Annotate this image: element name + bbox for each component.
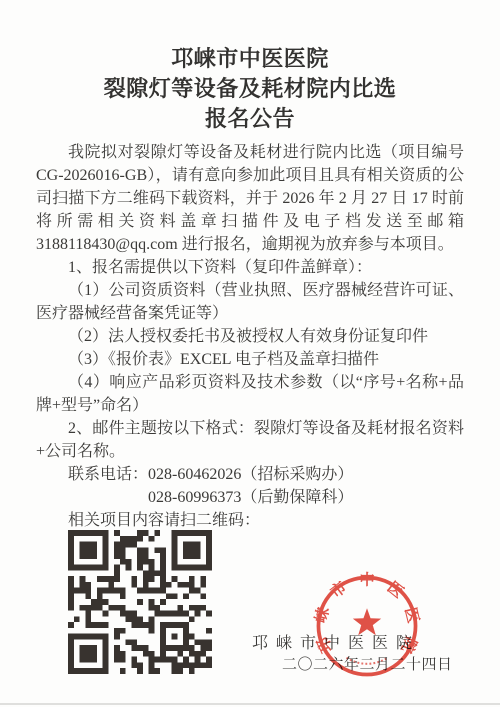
- requirement-item-4: （4）响应产品彩页资料及技术参数（以“序号+名称+品牌+型号”命名）: [36, 371, 464, 417]
- notice-body: 我院拟对裂隙灯等设备及耗材进行院内比选（项目编号CG-2026016-GB），请…: [36, 141, 464, 707]
- contact-line-2: 028-60996373（后勤保障科）: [36, 486, 464, 509]
- notice-content: 邛崃市中医医院 裂隙灯等设备及耗材院内比选 报名公告 我院拟对裂隙灯等设备及耗材…: [0, 0, 500, 707]
- official-seal-icon: 邛崃市中医医院: [311, 570, 423, 682]
- title-line-project: 裂隙灯等设备及耗材院内比选: [36, 74, 464, 104]
- title-line-announcement: 报名公告: [36, 104, 464, 134]
- qr-code-icon: [68, 530, 212, 674]
- seal-star-icon: [353, 608, 381, 635]
- contact-line-1: 联系电话：028-60462026（招标采购办）: [36, 463, 464, 486]
- bottom-section: 邛崃市中医医院 二〇二六年二月二十四日 邛崃市中医医院: [36, 532, 464, 707]
- email-subject-rule: 2、邮件主题按以下格式：裂隙灯等设备及耗材报名资料+公司名称。: [36, 417, 464, 463]
- scanned-notice-page: 邛崃市中医医院 裂隙灯等设备及耗材院内比选 报名公告 我院拟对裂隙灯等设备及耗材…: [0, 0, 500, 707]
- title-line-hospital: 邛崃市中医医院: [36, 44, 464, 74]
- requirement-item-2: （2）法人授权委托书及被授权人有效身份证复印件: [36, 325, 464, 348]
- requirement-item-3: （3）《报价表》EXCEL 电子档及盖章扫描件: [36, 348, 464, 371]
- seal-serial-marks: [346, 658, 387, 664]
- intro-paragraph: 我院拟对裂隙灯等设备及耗材进行院内比选（项目编号CG-2026016-GB），请…: [36, 141, 464, 256]
- notice-title: 邛崃市中医医院 裂隙灯等设备及耗材院内比选 报名公告: [36, 44, 464, 134]
- requirement-heading: 1、报名需提供以下资料（复印件盖鲜章）：: [36, 256, 464, 279]
- scan-edge-line: [0, 703, 500, 705]
- requirement-item-1: （1）公司资质资料（营业执照、医疗器械经营许可证、医疗器械经营备案凭证等）: [36, 279, 464, 325]
- qr-hint: 相关项目内容请扫二维码：: [36, 509, 464, 532]
